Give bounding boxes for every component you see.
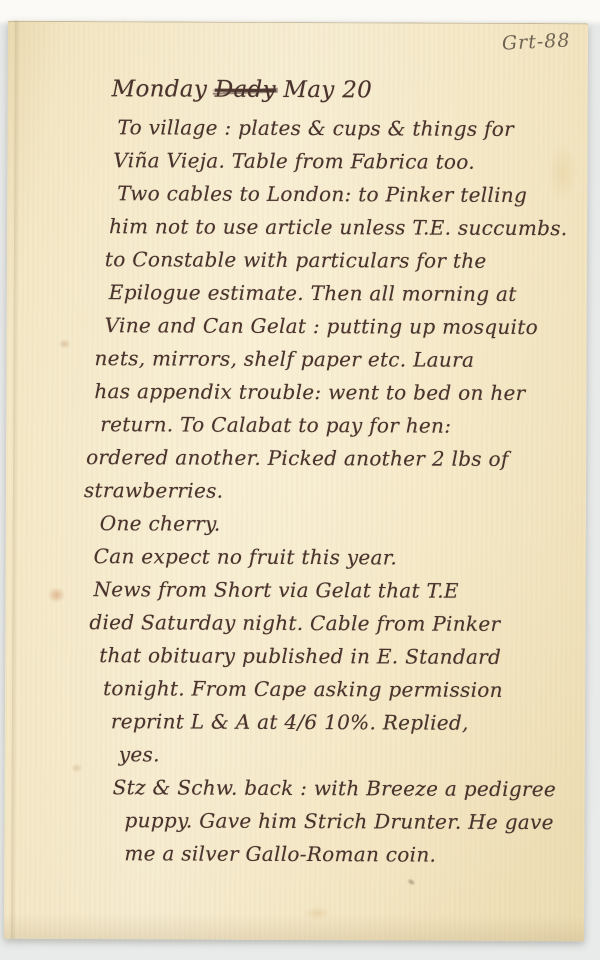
handwriting-segment: Monday — [112, 76, 215, 102]
diary-line: puppy. Gave him Strich Drunter. He gave — [124, 804, 576, 839]
handwriting-segment: reprint L & A at 4/6 10%. Replied, — [111, 709, 469, 735]
handwriting-segment: Viña Vieja. Table from Fabrica too. — [113, 148, 475, 174]
handwriting-segment: Can expect no fruit this year. — [94, 544, 398, 569]
handwriting-segment: died Saturday night. Cable from Pinker — [89, 610, 500, 636]
handwriting-segment: strawberries. — [84, 478, 224, 503]
diary-line: has appendix trouble: went to bed on her — [94, 375, 578, 410]
diary-line: Stz & Schw. back : with Breeze a pedigre… — [113, 771, 577, 806]
diary-text: Monday Dady May 20To village : plates & … — [76, 67, 579, 872]
diary-line: yes. — [119, 738, 577, 773]
diary-line: To village : plates & cups & things for — [117, 111, 579, 146]
diary-line: News from Short via Gelat that T.E — [93, 573, 577, 608]
manuscript-page: Grt-88 Monday Dady May 20To village : pl… — [4, 21, 588, 942]
handwriting-segment: that obituary published in E. Standard — [99, 643, 501, 669]
handwriting-segment: me a silver Gallo-Roman coin. — [124, 841, 436, 866]
diary-line: strawberries. — [84, 474, 578, 509]
handwriting-segment: ordered another. Picked another 2 lbs of — [86, 445, 509, 471]
diary-line: me a silver Gallo-Roman coin. — [124, 837, 576, 872]
diary-line: ordered another. Picked another 2 lbs of — [86, 441, 578, 476]
archival-mark: Grt-88 — [501, 29, 570, 54]
handwriting-segment: return. To Calabat to pay for hen: — [100, 412, 451, 438]
handwriting-segment: has appendix trouble: went to bed on her — [94, 379, 525, 405]
handwriting-segment: him not to use article unless T.E. succu… — [109, 214, 567, 240]
diary-line: that obituary published in E. Standard — [99, 639, 577, 674]
diary-line: him not to use article unless T.E. succu… — [109, 210, 579, 245]
handwriting-segment: May 20 — [276, 77, 372, 103]
diary-line: Epilogue estimate. Then all morning at — [109, 276, 579, 311]
diary-line: Vine and Can Gelat : putting up mosquito — [105, 309, 579, 344]
handwriting-segment: News from Short via Gelat that T.E — [93, 577, 458, 603]
diary-line: Two cables to London: to Pinker telling — [117, 177, 579, 212]
diary-line: return. To Calabat to pay for hen: — [100, 408, 578, 443]
diary-line: Can expect no fruit this year. — [94, 540, 578, 575]
handwriting-segment: tonight. From Cape asking permission — [103, 676, 503, 702]
handwriting-segment: to Constable with particulars for the — [105, 247, 487, 273]
handwriting-segment: puppy. Gave him Strich Drunter. He gave — [124, 808, 553, 834]
handwriting-segment: yes. — [119, 742, 160, 766]
handwriting-segment: Two cables to London: to Pinker telling — [117, 181, 527, 207]
diary-line: reprint L & A at 4/6 10%. Replied, — [111, 705, 577, 740]
handwriting-segment: One cherry. — [100, 511, 221, 536]
diary-line: to Constable with particulars for the — [105, 243, 579, 278]
handwriting-segment: To village : plates & cups & things for — [117, 115, 514, 141]
struck-out-word: Dady — [215, 77, 276, 103]
paper-stain — [59, 339, 71, 349]
handwriting-segment: Vine and Can Gelat : putting up mosquito — [105, 313, 538, 339]
paper-stain — [304, 906, 330, 920]
diary-line: One cherry. — [100, 507, 578, 542]
paper-stain — [47, 587, 65, 603]
diary-line: died Saturday night. Cable from Pinker — [89, 606, 577, 641]
handwriting-segment: nets, mirrors, shelf paper etc. Laura — [94, 346, 474, 372]
handwriting-segment: Epilogue estimate. Then all morning at — [109, 280, 517, 306]
paper-stain — [405, 876, 417, 887]
diary-heading-line: Monday Dady May 20 — [112, 67, 580, 113]
diary-line: tonight. From Cape asking permission — [103, 672, 577, 707]
handwriting-segment: Stz & Schw. back : with Breeze a pedigre… — [113, 775, 557, 801]
diary-line: Viña Vieja. Table from Fabrica too. — [113, 144, 579, 179]
diary-line: nets, mirrors, shelf paper etc. Laura — [94, 342, 578, 377]
